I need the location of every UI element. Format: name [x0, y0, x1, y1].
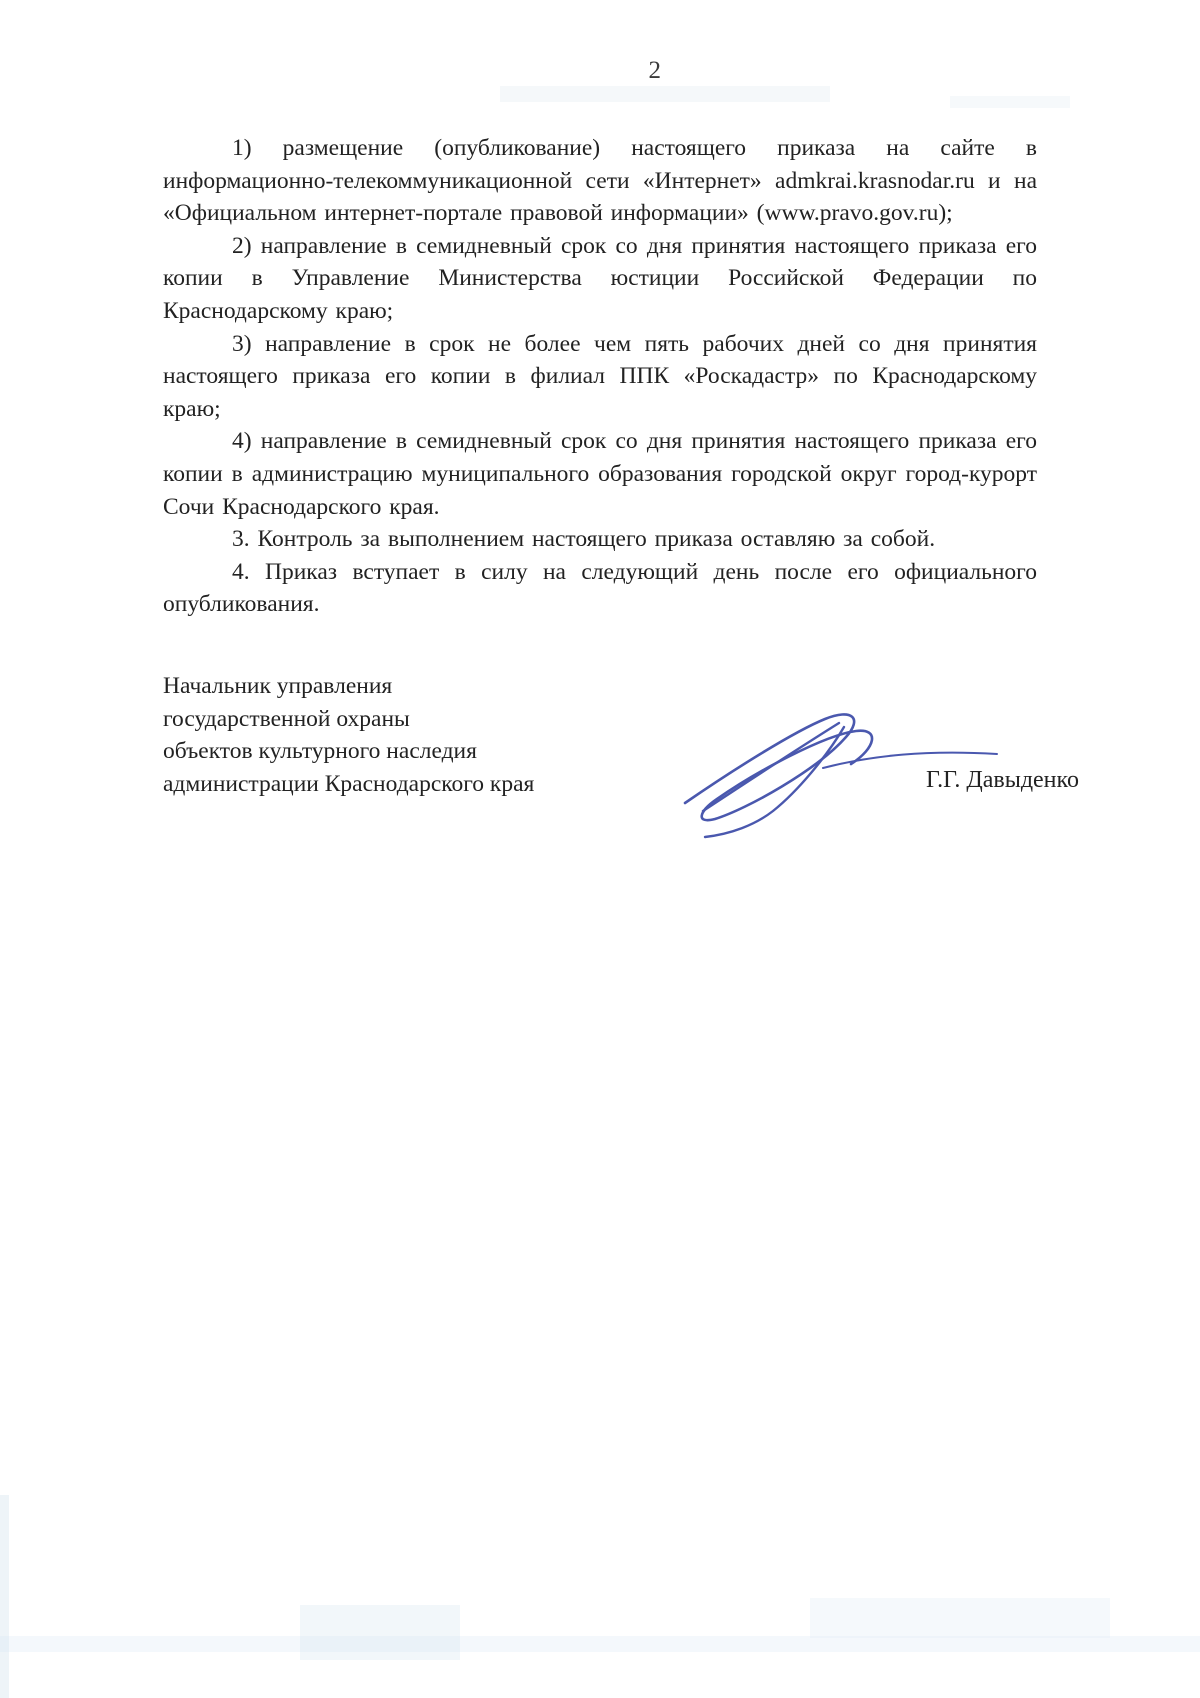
scan-artifact — [300, 1605, 460, 1660]
paragraph-6: 4. Приказ вступает в силу на следующий д… — [163, 556, 1037, 621]
scan-artifact — [950, 96, 1070, 108]
paragraph-4: 4) направление в семидневный срок со дня… — [163, 425, 1037, 523]
document-body: 1) размещение (опубликование) настоящего… — [163, 132, 1037, 621]
signer-name: Г.Г. Давыденко — [926, 765, 1166, 795]
scan-artifact — [810, 1598, 1110, 1638]
signer-position-line: государственной охраны — [163, 703, 683, 736]
scan-artifact — [0, 1495, 9, 1698]
document-page: 2 1) размещение (опубликование) настояще… — [0, 0, 1200, 1698]
signer-position: Начальник управления государственной охр… — [163, 670, 683, 800]
paragraph-2: 2) направление в семидневный срок со дня… — [163, 230, 1037, 328]
paragraph-1: 1) размещение (опубликование) настоящего… — [163, 132, 1037, 230]
signer-position-line: Начальник управления — [163, 670, 683, 703]
signer-position-line: объектов культурного наследия — [163, 735, 683, 768]
scan-artifact — [0, 1636, 1200, 1652]
signature-block: Начальник управления государственной охр… — [163, 670, 1037, 850]
scan-artifact — [500, 86, 830, 102]
paragraph-3: 3) направление в срок не более чем пять … — [163, 328, 1037, 426]
paragraph-5: 3. Контроль за выполнением настоящего пр… — [163, 523, 1037, 556]
page-number: 2 — [55, 0, 1200, 88]
signer-position-line: администрации Краснодарского края — [163, 768, 683, 801]
